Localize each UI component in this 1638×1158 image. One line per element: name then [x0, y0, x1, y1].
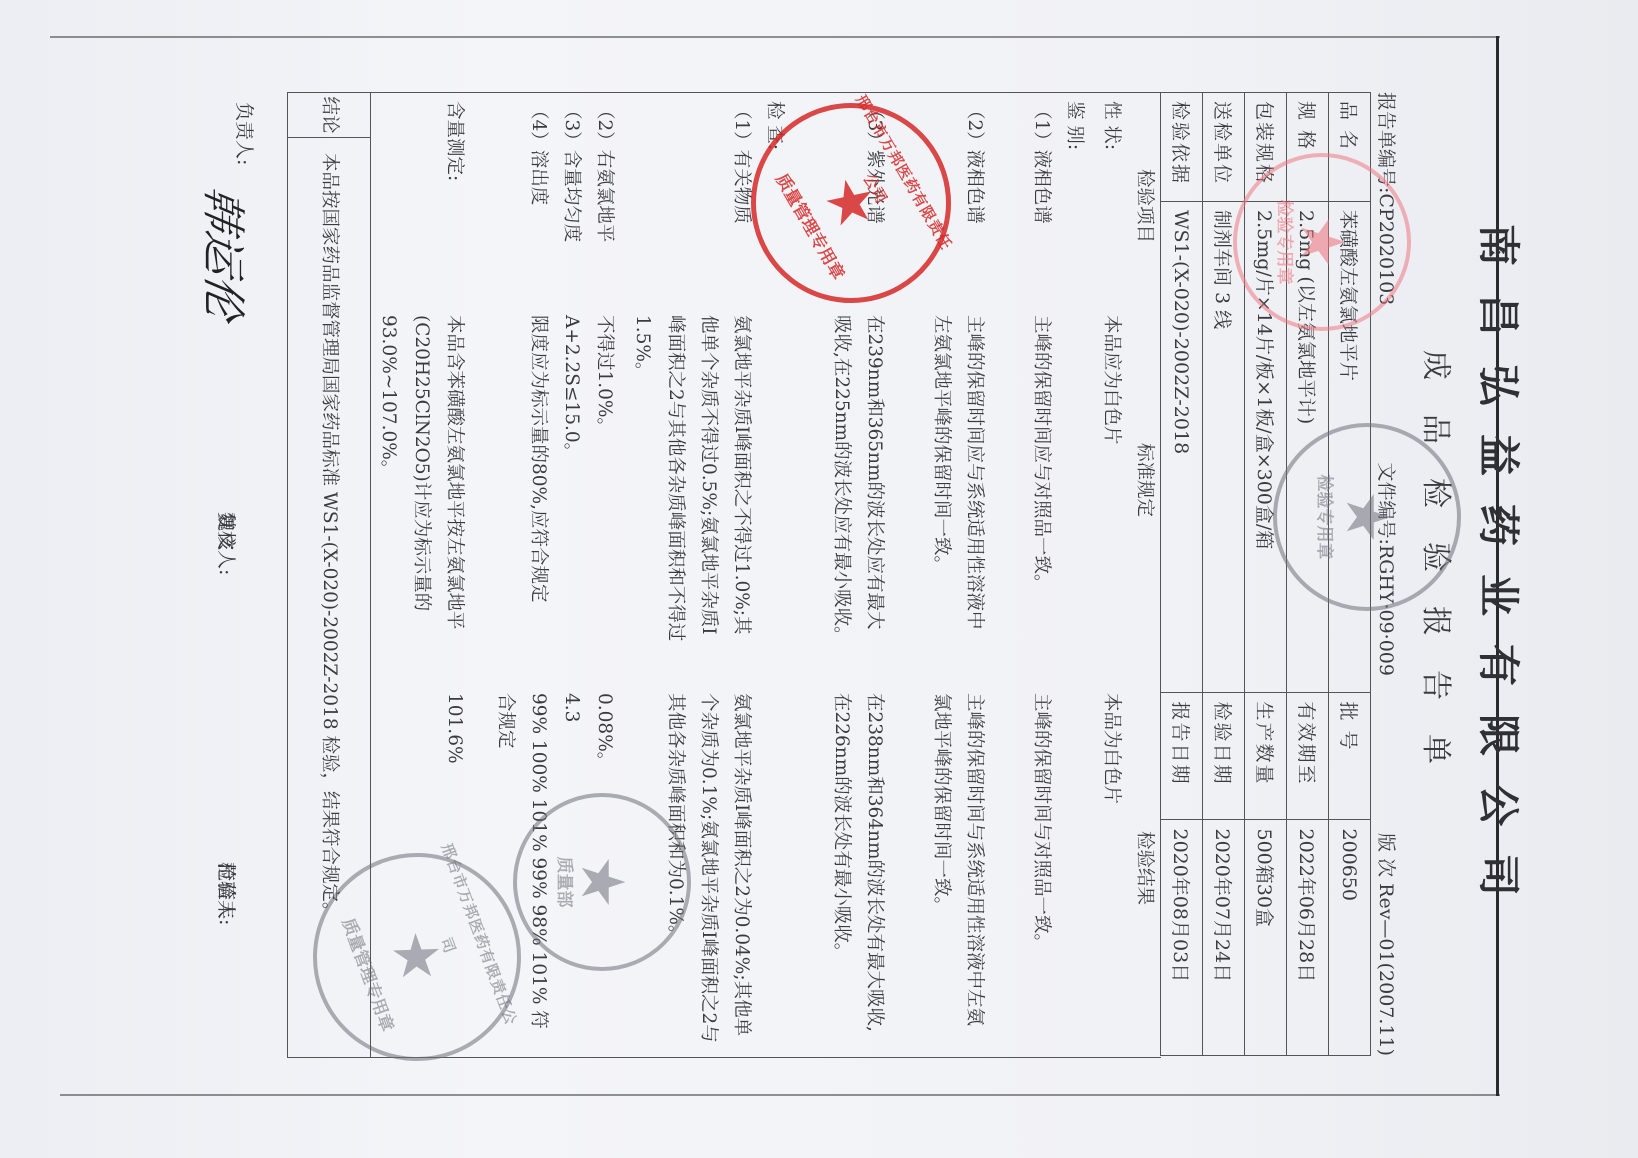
signature-row: 负责人: 韩运伦 复核人: 魏文 检验人: 范蓓丰 — [217, 92, 277, 1056]
company-name: 南昌弘益药业有限公司 — [1471, 64, 1531, 1084]
res-uv: 在238nm和364nm的波长处有最大吸收,在226nm的波长处有最小吸收。 — [825, 693, 891, 1043]
std-uv: 在239nm和365nm的波长处应有最大吸收,在225nm的波长处应有最小吸收。 — [825, 315, 891, 645]
star-icon: ★ — [572, 855, 632, 909]
scan-edge-bottom — [60, 1094, 1500, 1096]
report-date-label: 报告日期 — [1161, 693, 1203, 820]
submitter-label: 送检单位 — [1203, 93, 1245, 202]
star-icon: ★ — [1337, 490, 1397, 544]
quantity-value: 500箱30盒 — [1245, 820, 1287, 1056]
item-dissolution: （4）溶出度 — [522, 101, 555, 311]
item-appearance: 性 状: — [1095, 101, 1128, 311]
basis-label: 检验依据 — [1161, 93, 1203, 202]
inspection-stamp-grey: ★ 检验专用章 — [1273, 423, 1461, 611]
inspection-report-page: 南昌弘益药业有限公司 成品检验报告单 报告单编号:CP2020103 文件编号:… — [119, 64, 1539, 1084]
result-column: 检验结果 本品为白色片 主峰的保留时间与对照品一致。 主峰的保留时间与系统适用性… — [1128, 693, 1161, 1043]
submitter-value: 制剂车间 3 线 — [1203, 202, 1245, 693]
items-column: 检验项目 性 状: 鉴 别: （1）液相色谱 （2）液相色谱 （3）紫外光谱 检… — [1128, 101, 1161, 311]
responsible-label: 负责人: — [232, 102, 259, 165]
report-date-value: 2020年08月03日 — [1161, 820, 1203, 1056]
table-row: 检验依据 WS1-(X-020)-2002Z-2018 报告日期 2020年08… — [1161, 93, 1203, 1056]
item-hplc-1: （1）液相色谱 — [1025, 101, 1058, 311]
conclusion-box: 结论 本品按国家药品监督管理局国家药品标准 WS1-(X-020)-2002Z-… — [287, 92, 371, 1058]
standard-header: 标准规定 — [1128, 315, 1161, 645]
basis-value: WS1-(X-020)-2002Z-2018 — [1161, 202, 1203, 693]
item-identification: 鉴 别: — [1058, 101, 1091, 311]
inspection-stamp-pink: ★ 检验专用章 — [1233, 153, 1411, 331]
item-assay: 含量测定: — [438, 101, 471, 311]
std-hplc-2: 主峰的保留时间应与系统适用性溶液中左氨氯地平峰的保留时间一致。 — [925, 315, 991, 645]
std-hplc-1: 主峰的保留时间应与对照品一致。 — [1025, 315, 1058, 645]
item-dextro-amlodipine: （2）右氨氯地平 — [588, 101, 621, 311]
expiry-label: 有效期至 — [1287, 693, 1329, 820]
std-related-substances: 氨氯地平杂质I峰面积之不得过1.0%;其他单个杂质不得过0.5%;氨氯地平杂质I… — [626, 315, 758, 645]
res-appearance: 本品为白色片 — [1095, 693, 1128, 1043]
res-hplc-1: 主峰的保留时间与对照品一致。 — [1025, 693, 1058, 1043]
res-hplc-2: 主峰的保留时间与系统适用性溶液中左氨氯地平峰的保留时间一致。 — [925, 693, 991, 1043]
batch-value: 200650 — [1329, 820, 1371, 1056]
std-assay: 本品含苯磺酸左氨氯地平按左氨氯地平(C20H25ClN2O5)计应为标示量的93… — [372, 315, 471, 645]
revision: 版 次 Rev—01(2007.11) — [1373, 833, 1401, 1056]
std-appearance: 本品应为白色片 — [1095, 315, 1128, 645]
scan-edge-top — [50, 36, 1500, 38]
std-content-uniformity: A+2.2S≤15.0。 — [555, 315, 588, 645]
conclusion-label: 结论 — [288, 93, 370, 138]
test-date-label: 检验日期 — [1203, 693, 1245, 820]
test-date-value: 2020年07月24日 — [1203, 820, 1245, 1056]
expiry-value: 2022年06月28日 — [1287, 820, 1329, 1056]
responsible-signature: 韩运伦 — [195, 182, 259, 325]
conclusion-text: 本品按国家药品监督管理局国家药品标准 WS1-(X-020)-2002Z-201… — [318, 153, 344, 1047]
result-header: 检验结果 — [1128, 693, 1161, 1043]
quality-dept-stamp-grey: ★ 质量部 — [513, 793, 691, 971]
standard-column: 标准规定 本品应为白色片 主峰的保留时间应与对照品一致。 主峰的保留时间应与系统… — [1128, 315, 1161, 645]
std-dissolution: 限度应为标示量的80%,应符合规定 — [522, 315, 555, 645]
items-header: 检验项目 — [1128, 101, 1161, 311]
star-icon: ★ — [1292, 215, 1352, 269]
quantity-label: 生产数量 — [1245, 693, 1287, 820]
item-content-uniformity: （3）含量均匀度 — [555, 101, 588, 311]
test-results-section: 检验项目 性 状: 鉴 别: （1）液相色谱 （2）液相色谱 （3）紫外光谱 检… — [371, 92, 1161, 1058]
batch-label: 批 号 — [1329, 693, 1371, 820]
std-dextro-amlodipine: 不得过1.0%。 — [588, 315, 621, 645]
item-hplc-2: （2）液相色谱 — [958, 101, 991, 311]
